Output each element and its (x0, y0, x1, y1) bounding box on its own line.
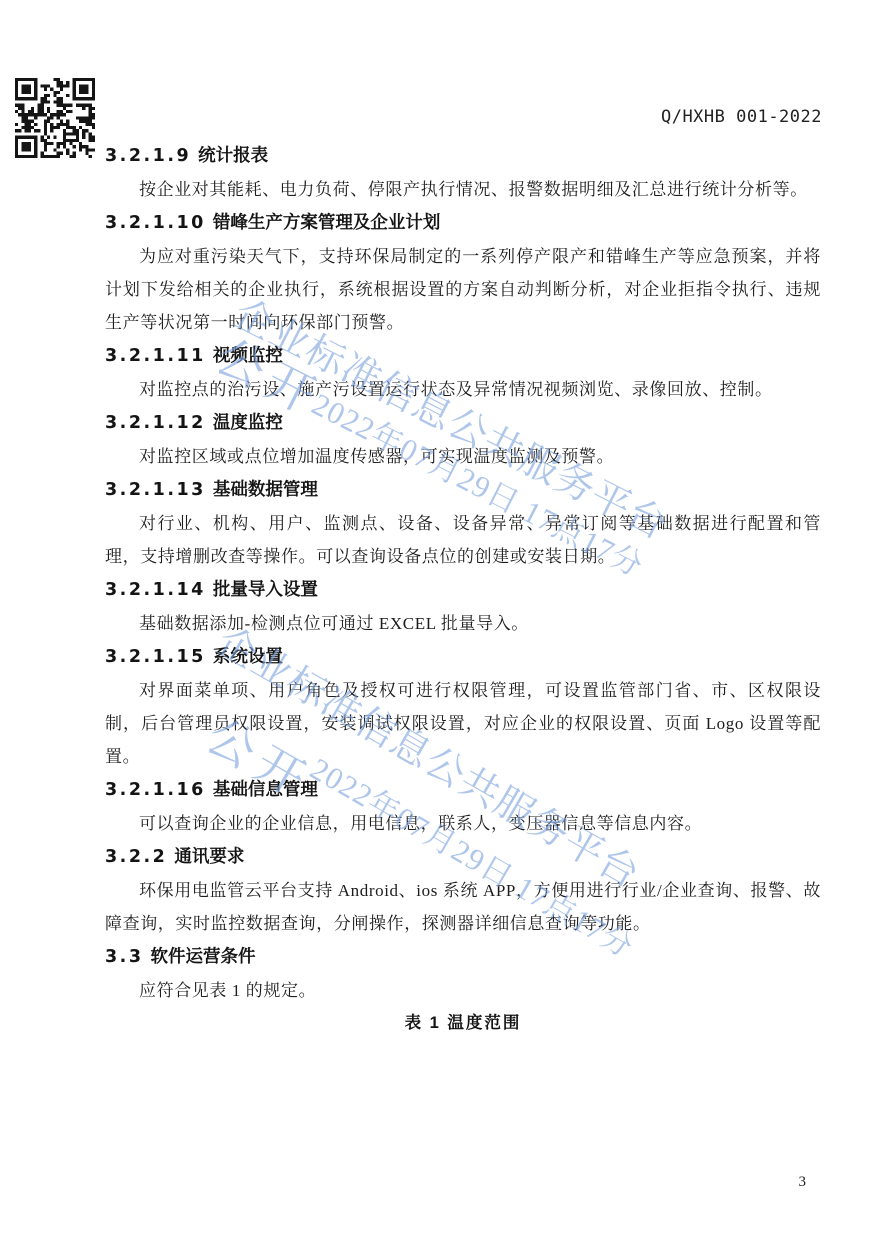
section-number: 3.2.1.12 (105, 413, 206, 433)
section-number: 3.2.1.16 (105, 780, 206, 800)
table-caption: 表 1 温度范围 (105, 1007, 821, 1040)
paragraph: 对界面菜单项、用户角色及授权可进行权限管理，可设置监管部门省、市、区权限设制，后… (105, 674, 821, 773)
paragraph: 基础数据添加-检测点位可通过 EXCEL 批量导入。 (105, 607, 821, 640)
section-title: 统计报表 (198, 145, 268, 165)
section-title: 基础信息管理 (213, 779, 318, 799)
paragraph: 对监控区域或点位增加温度传感器，可实现温度监测及预警。 (105, 440, 821, 473)
section-title: 系统设置 (213, 646, 283, 666)
scanned-document-page: { "page": { "header_code": "Q/HXHB 001-2… (0, 0, 890, 1258)
section-heading: 3.2.1.11视频监控 (105, 339, 821, 373)
qr-code (15, 78, 95, 158)
page-number: 3 (799, 1174, 807, 1191)
section-title: 通讯要求 (174, 846, 244, 866)
section-title: 温度监控 (213, 412, 283, 432)
section-heading: 3.2.1.9统计报表 (105, 139, 821, 173)
section-heading: 3.2.1.12温度监控 (105, 406, 821, 440)
paragraph: 对监控点的治污设、施产污设置运行状态及异常情况视频浏览、录像回放、控制。 (105, 373, 821, 406)
section-heading: 3.2.2通讯要求 (105, 840, 821, 874)
paragraph: 可以查询企业的企业信息，用电信息，联系人，变压器信息等信息内容。 (105, 807, 821, 840)
section-number: 3.3 (105, 947, 144, 967)
paragraph: 应符合见表 1 的规定。 (105, 974, 821, 1007)
section-heading: 3.2.1.13基础数据管理 (105, 473, 821, 507)
section-number: 3.2.1.13 (105, 480, 206, 500)
section-heading: 3.2.1.14批量导入设置 (105, 573, 821, 607)
section-heading: 3.2.1.10错峰生产方案管理及企业计划 (105, 206, 821, 240)
document-body: 3.2.1.9统计报表按企业对其能耗、电力负荷、停限产执行情况、报警数据明细及汇… (105, 139, 821, 1040)
section-number: 3.2.1.10 (105, 213, 206, 233)
paragraph: 对行业、机构、用户、监测点、设备、设备异常、异常订阅等基础数据进行配置和管理，支… (105, 507, 821, 573)
section-number: 3.2.1.15 (105, 647, 206, 667)
document-code: Q/HXHB 001-2022 (661, 107, 822, 127)
section-number: 3.2.1.14 (105, 580, 206, 600)
section-heading: 3.2.1.16基础信息管理 (105, 773, 821, 807)
section-title: 批量导入设置 (213, 579, 318, 599)
section-number: 3.2.2 (105, 847, 167, 867)
section-number: 3.2.1.11 (105, 346, 206, 366)
section-number: 3.2.1.9 (105, 146, 191, 166)
section-title: 基础数据管理 (213, 479, 318, 499)
section-heading: 3.3软件运营条件 (105, 940, 821, 974)
qr-code-box (15, 78, 95, 158)
paragraph: 按企业对其能耗、电力负荷、停限产执行情况、报警数据明细及汇总进行统计分析等。 (105, 173, 821, 206)
section-title: 软件运营条件 (151, 946, 256, 966)
section-heading: 3.2.1.15系统设置 (105, 640, 821, 674)
paragraph: 环保用电监管云平台支持 Android、ios 系统 APP，方便用进行行业/企… (105, 874, 821, 940)
section-title: 错峰生产方案管理及企业计划 (213, 212, 441, 232)
section-title: 视频监控 (213, 345, 283, 365)
paragraph: 为应对重污染天气下，支持环保局制定的一系列停产限产和错峰生产等应急预案，并将计划… (105, 240, 821, 339)
